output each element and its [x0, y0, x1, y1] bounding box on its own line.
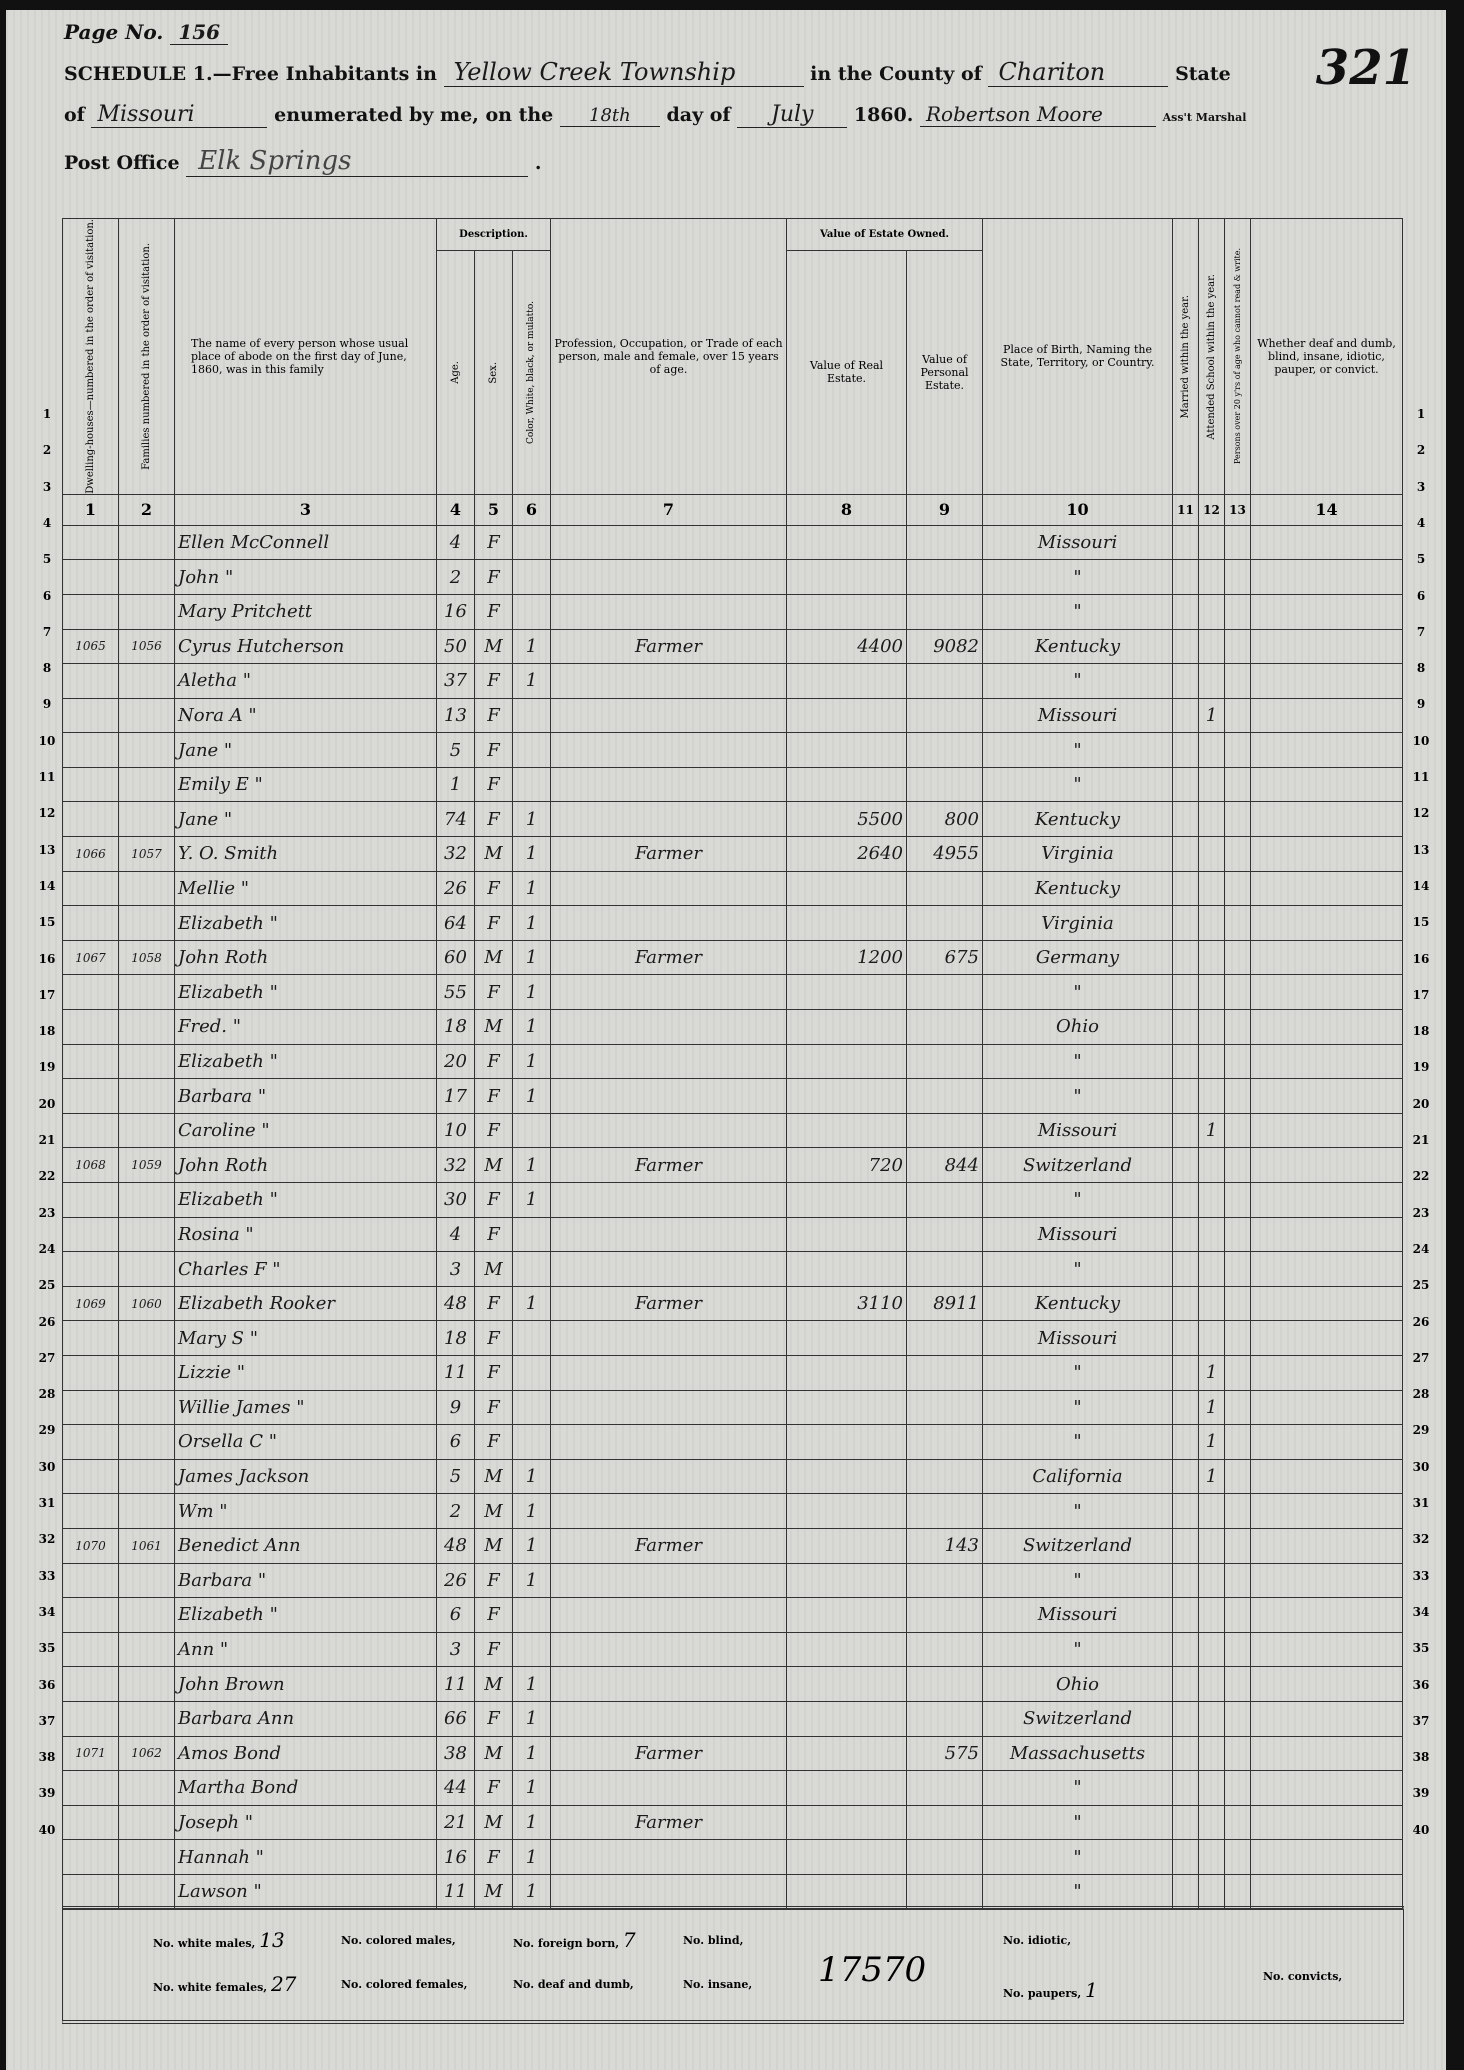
- illiterate-flag: [1225, 837, 1251, 872]
- illiterate-flag: [1225, 1632, 1251, 1667]
- infirmity: [1251, 1079, 1403, 1114]
- col-number: 8: [787, 494, 907, 525]
- infirmity: [1251, 525, 1403, 560]
- infirmity: [1251, 940, 1403, 975]
- dwelling-number: 1068: [63, 1148, 119, 1183]
- sex: F: [475, 1563, 513, 1598]
- family-number: [119, 906, 175, 941]
- birthplace: ": [983, 733, 1173, 768]
- family-number: [119, 1010, 175, 1045]
- col-number: 11: [1173, 494, 1199, 525]
- line-number: 5: [32, 552, 62, 566]
- dwelling-number: [63, 871, 119, 906]
- age: 44: [437, 1771, 475, 1806]
- birthplace: ": [983, 1494, 1173, 1529]
- dwelling-number: 1066: [63, 837, 119, 872]
- person-name: Elizabeth ": [175, 906, 437, 941]
- person-name: Cyrus Hutcherson: [175, 629, 437, 664]
- real-estate-total: 17570: [818, 1950, 926, 1990]
- person-name: Martha Bond: [175, 1771, 437, 1806]
- family-number: [119, 1113, 175, 1148]
- married-flag: [1173, 1044, 1199, 1079]
- dwelling-number: [63, 594, 119, 629]
- personal-estate-value: [907, 975, 983, 1010]
- col-number: 12: [1199, 494, 1225, 525]
- dwelling-number: [63, 1355, 119, 1390]
- line-number: 23: [32, 1206, 62, 1220]
- sex: F: [475, 1079, 513, 1114]
- convicts-field: No. convicts,: [1263, 1970, 1342, 1983]
- col-dwelling-header: Dwelling-houses—numbered in the order of…: [63, 219, 119, 495]
- married-flag: [1173, 1010, 1199, 1045]
- family-number: [119, 1840, 175, 1875]
- dwelling-number: [63, 1079, 119, 1114]
- census-row: Martha Bond44F1": [63, 1771, 1403, 1806]
- page-number: Page No. 156: [64, 20, 228, 44]
- person-name: Elizabeth Rooker: [175, 1286, 437, 1321]
- schedule-line: SCHEDULE 1.—Free Inhabitants in Yellow C…: [64, 58, 1231, 87]
- color: [513, 1632, 551, 1667]
- age: 11: [437, 1355, 475, 1390]
- census-row: Lawson "11M1": [63, 1874, 1403, 1909]
- infirmity: [1251, 802, 1403, 837]
- line-number: 19: [32, 1060, 62, 1074]
- age: 1: [437, 767, 475, 802]
- county-value: Chariton: [988, 58, 1168, 87]
- color: 1: [513, 1286, 551, 1321]
- line-number: 25: [1406, 1278, 1436, 1292]
- infirmity: [1251, 1736, 1403, 1771]
- line-number: 32: [1406, 1532, 1436, 1546]
- infirmity: [1251, 1667, 1403, 1702]
- infirmity: [1251, 1840, 1403, 1875]
- sex: M: [475, 1805, 513, 1840]
- illiterate-flag: [1225, 767, 1251, 802]
- color: 1: [513, 629, 551, 664]
- age: 3: [437, 1632, 475, 1667]
- sex: F: [475, 1321, 513, 1356]
- family-number: [119, 1079, 175, 1114]
- married-flag: [1173, 871, 1199, 906]
- color: [513, 1321, 551, 1356]
- age: 2: [437, 560, 475, 595]
- infirmity: [1251, 1390, 1403, 1425]
- age: 11: [437, 1874, 475, 1909]
- color: [513, 1355, 551, 1390]
- illiterate-flag: [1225, 1183, 1251, 1218]
- school-flag: [1199, 1321, 1225, 1356]
- family-number: [119, 1701, 175, 1736]
- occupation: [551, 733, 787, 768]
- col-number: 14: [1251, 494, 1403, 525]
- color: [513, 1390, 551, 1425]
- occupation: [551, 1079, 787, 1114]
- married-flag: [1173, 767, 1199, 802]
- line-number: 10: [1406, 734, 1436, 748]
- family-number: [119, 1771, 175, 1806]
- married-flag: [1173, 940, 1199, 975]
- occupation: [551, 1044, 787, 1079]
- color: 1: [513, 1805, 551, 1840]
- birthplace: Missouri: [983, 698, 1173, 733]
- person-name: Amos Bond: [175, 1736, 437, 1771]
- occupation: [551, 560, 787, 595]
- married-flag: [1173, 698, 1199, 733]
- census-row: Charles F "3M": [63, 1252, 1403, 1287]
- census-row: 10691060Elizabeth Rooker48F1Farmer311089…: [63, 1286, 1403, 1321]
- infirmity: [1251, 1598, 1403, 1633]
- age: 16: [437, 594, 475, 629]
- marshal-name: Robertson Moore: [920, 102, 1156, 127]
- color: 1: [513, 1563, 551, 1598]
- occupation: [551, 1113, 787, 1148]
- age: 50: [437, 629, 475, 664]
- col-infirmity-header: Whether deaf and dumb, blind, insane, id…: [1251, 219, 1403, 495]
- line-number: 8: [1406, 661, 1436, 675]
- personal-estate-value: [907, 1425, 983, 1460]
- line-number: 18: [1406, 1024, 1436, 1038]
- real-estate-value: [787, 1113, 907, 1148]
- line-number: 11: [1406, 770, 1436, 784]
- school-flag: [1199, 1252, 1225, 1287]
- school-flag: [1199, 629, 1225, 664]
- real-estate-value: [787, 1563, 907, 1598]
- sex: F: [475, 525, 513, 560]
- person-name: Barbara ": [175, 1079, 437, 1114]
- personal-estate-value: 800: [907, 802, 983, 837]
- occupation: Farmer: [551, 1805, 787, 1840]
- school-flag: [1199, 1010, 1225, 1045]
- illiterate-flag: [1225, 1563, 1251, 1598]
- color: 1: [513, 906, 551, 941]
- illiterate-flag: [1225, 940, 1251, 975]
- line-number: 12: [1406, 806, 1436, 820]
- personal-estate-value: [907, 1632, 983, 1667]
- line-number: 29: [1406, 1423, 1436, 1437]
- census-row: Lizzie "11F"1: [63, 1355, 1403, 1390]
- age: 21: [437, 1805, 475, 1840]
- infirmity: [1251, 1874, 1403, 1909]
- census-row: John Brown11M1Ohio: [63, 1667, 1403, 1702]
- sex: M: [475, 1494, 513, 1529]
- sex: F: [475, 906, 513, 941]
- census-row: Ellen McConnell4FMissouri: [63, 525, 1403, 560]
- birthplace: Switzerland: [983, 1528, 1173, 1563]
- illiterate-flag: [1225, 871, 1251, 906]
- family-number: [119, 560, 175, 595]
- family-number: [119, 871, 175, 906]
- post-office-label: Post Office: [64, 152, 180, 174]
- person-name: Mary Pritchett: [175, 594, 437, 629]
- idiotic-field: No. idiotic,: [1003, 1934, 1071, 1947]
- age: 55: [437, 975, 475, 1010]
- real-estate-value: [787, 1321, 907, 1356]
- dwelling-number: [63, 1805, 119, 1840]
- dwelling-number: 1069: [63, 1286, 119, 1321]
- col-color-header: Color, White, black, or mulatto.: [513, 251, 551, 495]
- line-number: 5: [1406, 552, 1436, 566]
- line-number: 19: [1406, 1060, 1436, 1074]
- census-row: Jane "74F15500800Kentucky: [63, 802, 1403, 837]
- line-number: 22: [32, 1169, 62, 1183]
- birthplace: ": [983, 1355, 1173, 1390]
- dwelling-number: [63, 664, 119, 699]
- dwelling-number: [63, 1840, 119, 1875]
- illiterate-flag: [1225, 1425, 1251, 1460]
- infirmity: [1251, 975, 1403, 1010]
- of-label: of: [64, 104, 85, 126]
- birthplace: ": [983, 1183, 1173, 1218]
- line-number: 31: [1406, 1496, 1436, 1510]
- birthplace: ": [983, 1425, 1173, 1460]
- occupation: [551, 1701, 787, 1736]
- age: 60: [437, 940, 475, 975]
- sex: M: [475, 1148, 513, 1183]
- birthplace: ": [983, 1252, 1173, 1287]
- color: 1: [513, 1148, 551, 1183]
- day-value: 18th: [560, 105, 660, 127]
- infirmity: [1251, 1148, 1403, 1183]
- dwelling-number: 1071: [63, 1736, 119, 1771]
- census-row: Caroline "10FMissouri1: [63, 1113, 1403, 1148]
- color: 1: [513, 802, 551, 837]
- personal-estate-value: [907, 1217, 983, 1252]
- school-flag: 1: [1199, 1355, 1225, 1390]
- age: 11: [437, 1667, 475, 1702]
- birthplace: Missouri: [983, 1598, 1173, 1633]
- line-number: 14: [32, 879, 62, 893]
- illiterate-flag: [1225, 802, 1251, 837]
- age: 5: [437, 1459, 475, 1494]
- occupation: Farmer: [551, 629, 787, 664]
- occupation: [551, 1252, 787, 1287]
- line-number: 38: [1406, 1750, 1436, 1764]
- line-number: 37: [32, 1714, 62, 1728]
- birthplace: ": [983, 1771, 1173, 1806]
- illiterate-flag: [1225, 1874, 1251, 1909]
- line-number: 26: [1406, 1315, 1436, 1329]
- illiterate-flag: [1225, 1667, 1251, 1702]
- col-number: 13: [1225, 494, 1251, 525]
- age: 66: [437, 1701, 475, 1736]
- personal-estate-value: [907, 698, 983, 733]
- color: 1: [513, 1044, 551, 1079]
- birthplace: ": [983, 1874, 1173, 1909]
- school-flag: [1199, 1632, 1225, 1667]
- line-number: 2: [32, 443, 62, 457]
- line-number: 14: [1406, 879, 1436, 893]
- occupation: [551, 1355, 787, 1390]
- married-flag: [1173, 1355, 1199, 1390]
- census-row: Fred. "18M1Ohio: [63, 1010, 1403, 1045]
- line-number: 9: [32, 697, 62, 711]
- birthplace: ": [983, 1044, 1173, 1079]
- birthplace: ": [983, 560, 1173, 595]
- age: 48: [437, 1286, 475, 1321]
- line-number: 4: [32, 516, 62, 530]
- birthplace: Missouri: [983, 1217, 1173, 1252]
- married-flag: [1173, 1252, 1199, 1287]
- infirmity: [1251, 1321, 1403, 1356]
- occupation: [551, 1390, 787, 1425]
- dwelling-number: [63, 1701, 119, 1736]
- age: 37: [437, 664, 475, 699]
- person-name: Elizabeth ": [175, 975, 437, 1010]
- white-males-field: No. white males, 13: [153, 1928, 285, 1952]
- occupation: [551, 1840, 787, 1875]
- infirmity: [1251, 1528, 1403, 1563]
- family-number: [119, 1044, 175, 1079]
- line-number: 30: [1406, 1460, 1436, 1474]
- birthplace: ": [983, 1632, 1173, 1667]
- line-number: 39: [1406, 1786, 1436, 1800]
- birthplace: Kentucky: [983, 871, 1173, 906]
- real-estate-value: 3110: [787, 1286, 907, 1321]
- married-flag: [1173, 733, 1199, 768]
- illiterate-flag: [1225, 1217, 1251, 1252]
- birthplace: Ohio: [983, 1010, 1173, 1045]
- school-flag: [1199, 1148, 1225, 1183]
- line-number: 26: [32, 1315, 62, 1329]
- school-flag: [1199, 1701, 1225, 1736]
- line-number: 28: [1406, 1387, 1436, 1401]
- color: 1: [513, 1079, 551, 1114]
- personal-estate-value: [907, 1874, 983, 1909]
- sex: F: [475, 767, 513, 802]
- personal-estate-value: [907, 767, 983, 802]
- estate-header: Value of Estate Owned.: [787, 219, 983, 251]
- line-number: 35: [32, 1641, 62, 1655]
- color: [513, 1252, 551, 1287]
- sex: F: [475, 1044, 513, 1079]
- person-name: Ellen McConnell: [175, 525, 437, 560]
- census-row: Wm "2M1": [63, 1494, 1403, 1529]
- birthplace: Massachusetts: [983, 1736, 1173, 1771]
- infirmity: [1251, 1286, 1403, 1321]
- occupation: [551, 1874, 787, 1909]
- sex: F: [475, 1355, 513, 1390]
- census-row: Barbara "26F1": [63, 1563, 1403, 1598]
- sex: M: [475, 1528, 513, 1563]
- census-row: Aletha "37F1": [63, 664, 1403, 699]
- personal-estate-value: [907, 871, 983, 906]
- birthplace: Virginia: [983, 906, 1173, 941]
- infirmity: [1251, 560, 1403, 595]
- line-number: 20: [32, 1097, 62, 1111]
- real-estate-value: [787, 1736, 907, 1771]
- schedule-label: SCHEDULE 1.—Free Inhabitants in: [64, 63, 437, 85]
- col-number: 3: [175, 494, 437, 525]
- sex: F: [475, 1598, 513, 1633]
- illiterate-flag: [1225, 975, 1251, 1010]
- line-number: 39: [32, 1786, 62, 1800]
- illiterate-flag: [1225, 1701, 1251, 1736]
- line-number: 7: [32, 625, 62, 639]
- dwelling-number: [63, 1667, 119, 1702]
- occupation: Farmer: [551, 837, 787, 872]
- line-number: 9: [1406, 697, 1436, 711]
- occupation: [551, 1010, 787, 1045]
- line-number: 37: [1406, 1714, 1436, 1728]
- real-estate-value: [787, 1874, 907, 1909]
- col-number: 10: [983, 494, 1173, 525]
- real-estate-value: [787, 906, 907, 941]
- school-flag: [1199, 1840, 1225, 1875]
- personal-estate-value: [907, 1010, 983, 1045]
- dwelling-number: [63, 1563, 119, 1598]
- colored-females-field: No. colored females,: [341, 1978, 467, 1991]
- dwelling-number: [63, 1044, 119, 1079]
- occupation: [551, 802, 787, 837]
- infirmity: [1251, 1113, 1403, 1148]
- color: 1: [513, 940, 551, 975]
- personal-estate-value: [907, 1459, 983, 1494]
- occupation: [551, 871, 787, 906]
- state-label: State: [1175, 63, 1231, 85]
- school-flag: [1199, 1286, 1225, 1321]
- census-row: Elizabeth "20F1": [63, 1044, 1403, 1079]
- paupers-field: No. paupers, 1: [1003, 1978, 1098, 2002]
- line-number: 6: [32, 589, 62, 603]
- infirmity: [1251, 1044, 1403, 1079]
- family-number: 1056: [119, 629, 175, 664]
- line-number: 15: [32, 915, 62, 929]
- birthplace: ": [983, 767, 1173, 802]
- dwelling-number: [63, 1771, 119, 1806]
- col-occupation-header: Profession, Occupation, or Trade of each…: [551, 219, 787, 495]
- paupers-value: 1: [1085, 1978, 1098, 2002]
- real-estate-value: [787, 1494, 907, 1529]
- line-number: 10: [32, 734, 62, 748]
- line-number: 29: [32, 1423, 62, 1437]
- birthplace: ": [983, 1390, 1173, 1425]
- line-number: 17: [1406, 988, 1436, 1002]
- illiterate-flag: [1225, 594, 1251, 629]
- illiterate-flag: [1225, 1044, 1251, 1079]
- sex: M: [475, 629, 513, 664]
- dwelling-number: [63, 1321, 119, 1356]
- occupation: [551, 1494, 787, 1529]
- infirmity: [1251, 871, 1403, 906]
- person-name: Barbara ": [175, 1563, 437, 1598]
- line-number: 34: [1406, 1605, 1436, 1619]
- census-row: Willie James "9F"1: [63, 1390, 1403, 1425]
- age: 26: [437, 871, 475, 906]
- infirmity: [1251, 1459, 1403, 1494]
- personal-estate-value: [907, 1805, 983, 1840]
- person-name: Orsella C ": [175, 1425, 437, 1460]
- infirmity: [1251, 1805, 1403, 1840]
- sex: F: [475, 664, 513, 699]
- col-illiterate-header: Persons over 20 y'rs of age who cannot r…: [1225, 219, 1251, 495]
- married-flag: [1173, 1148, 1199, 1183]
- personal-estate-value: [907, 1113, 983, 1148]
- line-number: 24: [32, 1242, 62, 1256]
- person-name: John Brown: [175, 1667, 437, 1702]
- page-summary: No. white males, 13 No. colored males, N…: [62, 1906, 1404, 2024]
- sex: M: [475, 1736, 513, 1771]
- line-number: 28: [32, 1387, 62, 1401]
- personal-estate-value: [907, 1044, 983, 1079]
- school-flag: [1199, 1874, 1225, 1909]
- married-flag: [1173, 1771, 1199, 1806]
- married-flag: [1173, 1390, 1199, 1425]
- occupation: [551, 1425, 787, 1460]
- person-name: Willie James ": [175, 1390, 437, 1425]
- age: 9: [437, 1390, 475, 1425]
- line-number: 6: [1406, 589, 1436, 603]
- family-number: [119, 1667, 175, 1702]
